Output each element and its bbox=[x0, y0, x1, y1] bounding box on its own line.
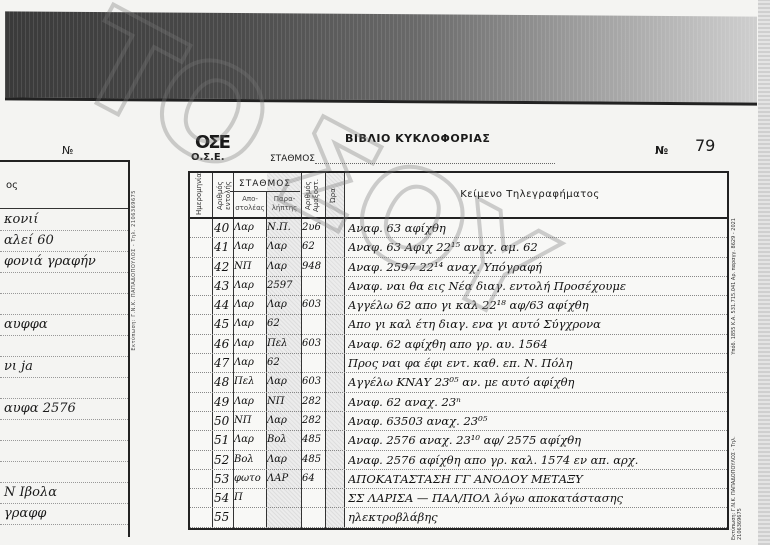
row-number: 55 bbox=[214, 508, 234, 526]
left-page-fragment: № ος κονιίαλεί 60φονιά γραφήναυφφανι jaα… bbox=[0, 120, 175, 540]
row-telegram-text: Αναφ. 63 Αφιχ 22¹⁵ αναχ. αμ. 62 bbox=[348, 238, 723, 256]
header-telegram-text: Κείμενο Τηλεγραφήματος bbox=[340, 189, 720, 200]
row-recipient: 62 bbox=[267, 315, 301, 333]
row-telegram-text: Αναφ. 2597 22¹⁴ αναχ. Υπόγραφή bbox=[348, 258, 723, 276]
row-recipient: Λαρ bbox=[267, 373, 301, 391]
header-to: Παρα-λήπτης bbox=[268, 195, 301, 213]
row-sender: φωτο bbox=[234, 470, 266, 488]
row-sender: Λαρ bbox=[234, 296, 266, 314]
row-train-number bbox=[302, 489, 326, 507]
row-sender: Λαρ bbox=[234, 335, 266, 353]
row-sender: Λαρ bbox=[234, 393, 266, 411]
table-row: 43Λαρ2597Αναφ. ναι θα εις Νέα διαγ. εντο… bbox=[190, 277, 727, 296]
header-station: ΣΤΑΘΜΟΣ bbox=[230, 179, 300, 189]
row-number: 53 bbox=[214, 470, 234, 488]
row-train-number bbox=[302, 315, 326, 333]
left-page-row bbox=[0, 378, 128, 399]
row-number: 51 bbox=[214, 431, 234, 449]
row-number: 48 bbox=[214, 373, 234, 391]
left-page-row: αυφα 2576 bbox=[0, 399, 128, 420]
row-number: 43 bbox=[214, 277, 234, 295]
row-telegram-text: Αγγέλω 62 απο γι καλ 22¹⁸ αφ/63 αφίχθη bbox=[348, 296, 723, 314]
row-recipient: Πελ bbox=[267, 335, 301, 353]
left-page-header: ος bbox=[6, 180, 18, 191]
left-page-table: ος κονιίαλεί 60φονιά γραφήναυφφανι jaαυφ… bbox=[0, 160, 130, 537]
row-number: 54 bbox=[214, 489, 234, 507]
side-print-printer: Εκτύπωση: Γ.Ν.Κ. ΠΑΠΑΔΟΠΟΥΛΟΣ - Τηλ. 210… bbox=[731, 418, 743, 540]
row-recipient: 2597 bbox=[267, 277, 301, 295]
row-telegram-text: Αγγέλω ΚΝΑΥ 23⁰⁵ αν. με αυτό αφίχθη bbox=[348, 373, 723, 391]
left-page-row bbox=[0, 420, 128, 441]
left-page-number-label: № bbox=[62, 144, 73, 157]
row-train-number bbox=[302, 277, 326, 295]
left-page-rows: κονιίαλεί 60φονιά γραφήναυφφανι jaαυφα 2… bbox=[0, 210, 128, 525]
row-telegram-text: Αναφ. 2576 αναχ. 23¹⁰ αφ/ 2575 αφίχθη bbox=[348, 431, 723, 449]
ose-logo: ΟΣΕ bbox=[195, 132, 229, 153]
row-recipient: Λαρ bbox=[267, 451, 301, 469]
header-from: Απο-στολέας bbox=[234, 195, 266, 213]
row-recipient: ΝΠ bbox=[267, 393, 301, 411]
row-train-number: 603 bbox=[302, 296, 326, 314]
row-train-number: 485 bbox=[302, 431, 326, 449]
table-row: 52ΒολΛαρ485Αναφ. 2576 αφίχθη απο γρ. καλ… bbox=[190, 451, 727, 470]
row-recipient: Λαρ bbox=[267, 258, 301, 276]
row-number: 45 bbox=[214, 315, 234, 333]
row-sender: ΝΠ bbox=[234, 412, 266, 430]
row-recipient: Λαρ bbox=[267, 296, 301, 314]
row-number: 50 bbox=[214, 412, 234, 430]
table-row: 54ΠΣΣ ΛΑΡΙΣΑ — ΠΑΛ/ΠΟΛ λόγω αποκατάσταση… bbox=[190, 489, 727, 508]
table-row: 53φωτοΛΑΡ64ΑΠΟΚΑΤΑΣΤΑΣΗ ΓΓ ΑΝΟΔΟΥ ΜΕΤΑΞΥ bbox=[190, 470, 727, 489]
left-page-row: αυφφα bbox=[0, 315, 128, 336]
row-train-number: 282 bbox=[302, 393, 326, 411]
table-row: 47Λαρ62Προς ναι φα έφι εντ. καθ. επ. Ν. … bbox=[190, 354, 727, 373]
row-recipient bbox=[267, 489, 301, 507]
left-page-row bbox=[0, 462, 128, 483]
row-train-number: 948 bbox=[302, 258, 326, 276]
row-train-number: 603 bbox=[302, 335, 326, 353]
table-row: 42ΝΠΛαρ948Αναφ. 2597 22¹⁴ αναχ. Υπόγραφή bbox=[190, 258, 727, 277]
table-row: 49ΛαρΝΠ282Αναφ. 62 αναχ. 23ⁿ bbox=[190, 393, 727, 412]
left-page-row: Ν Ιβολα bbox=[0, 483, 128, 504]
row-train-number: 64 bbox=[302, 470, 326, 488]
left-page-row: νι ja bbox=[0, 357, 128, 378]
row-telegram-text: Απο γι καλ έτη διαγ. ενα γι αυτό Σύγχρον… bbox=[348, 315, 723, 333]
row-train-number: 2υ6 bbox=[302, 219, 326, 237]
row-number: 41 bbox=[214, 238, 234, 256]
row-number: 46 bbox=[214, 335, 234, 353]
row-recipient: Λαρ bbox=[267, 238, 301, 256]
row-recipient: 62 bbox=[267, 354, 301, 372]
row-telegram-text: Αναφ. 63503 αναχ. 23⁰⁵ bbox=[348, 412, 723, 430]
row-telegram-text: Αναφ. 62 αναχ. 23ⁿ bbox=[348, 393, 723, 411]
row-sender: Λαρ bbox=[234, 277, 266, 295]
left-page-row: κονιί bbox=[0, 210, 128, 231]
row-sender: Λαρ bbox=[234, 219, 266, 237]
row-telegram-text: ΣΣ ΛΑΡΙΣΑ — ΠΑΛ/ΠΟΛ λόγω αποκατάστασης bbox=[348, 489, 723, 507]
page-number: 79 bbox=[695, 136, 715, 155]
scan-artifact-band bbox=[5, 11, 757, 105]
row-recipient: Ν.Π. bbox=[267, 219, 301, 237]
row-sender: Λαρ bbox=[234, 354, 266, 372]
row-telegram-text: Αναφ. ναι θα εις Νέα διαγ. εντολή Προσέχ… bbox=[348, 277, 723, 295]
station-field bbox=[315, 163, 555, 164]
row-sender: Λαρ bbox=[234, 315, 266, 333]
scan-edge bbox=[758, 0, 770, 545]
row-sender bbox=[234, 508, 266, 526]
row-recipient: Βολ bbox=[267, 431, 301, 449]
station-label: ΣΤΑΘΜΟΣ bbox=[270, 154, 315, 164]
side-print: Υπόδ. 1855 Κ.Α. 531.715.041 Αρ. παραγγ. … bbox=[731, 218, 737, 355]
left-page-row bbox=[0, 294, 128, 315]
left-page-row bbox=[0, 441, 128, 462]
number-label: № bbox=[655, 144, 668, 157]
row-sender: Λαρ bbox=[234, 431, 266, 449]
table-row: 40ΛαρΝ.Π.2υ6Αναφ. 63 αφίχθη bbox=[190, 219, 727, 238]
row-train-number: 485 bbox=[302, 451, 326, 469]
table-row: 48ΠελΛαρ603Αγγέλω ΚΝΑΥ 23⁰⁵ αν. με αυτό … bbox=[190, 373, 727, 392]
row-recipient bbox=[267, 508, 301, 526]
table-row: 44ΛαρΛαρ603Αγγέλω 62 απο γι καλ 22¹⁸ αφ/… bbox=[190, 296, 727, 315]
table-row: 51ΛαρΒολ485Αναφ. 2576 αναχ. 23¹⁰ αφ/ 257… bbox=[190, 431, 727, 450]
row-sender: ΝΠ bbox=[234, 258, 266, 276]
left-page-row bbox=[0, 336, 128, 357]
row-recipient: Λαρ bbox=[267, 412, 301, 430]
row-number: 52 bbox=[214, 451, 234, 469]
row-telegram-text: Αναφ. 63 αφίχθη bbox=[348, 219, 723, 237]
telegram-table: Ημερομηνία Αριθμός εντολής ΣΤΑΘΜΟΣ Απο-σ… bbox=[188, 171, 729, 530]
row-telegram-text: Αναφ. 62 αφίχθη απο γρ. αυ. 1564 bbox=[348, 335, 723, 353]
organization-name: Ο.Σ.Ε. bbox=[191, 152, 225, 163]
row-train-number: 282 bbox=[302, 412, 326, 430]
row-sender: Π bbox=[234, 489, 266, 507]
row-number: 49 bbox=[214, 393, 234, 411]
page-title: ΒΙΒΛΙΟ ΚΥΚΛΟΦΟΡΙΑΣ bbox=[345, 132, 490, 145]
row-sender: Λαρ bbox=[234, 238, 266, 256]
left-page-row: γραφφ bbox=[0, 504, 128, 525]
table-row: 50ΝΠΛαρ282Αναφ. 63503 αναχ. 23⁰⁵ bbox=[190, 412, 727, 431]
left-page-row bbox=[0, 273, 128, 294]
row-train-number: 603 bbox=[302, 373, 326, 391]
row-recipient: ΛΑΡ bbox=[267, 470, 301, 488]
header-train-number: Αριθμός Αμαξοστ. bbox=[304, 177, 322, 215]
row-number: 47 bbox=[214, 354, 234, 372]
traffic-log-form: ΟΣΕ Ο.Σ.Ε. ΒΙΒΛΙΟ ΚΥΚΛΟΦΟΡΙΑΣ ΣΤΑΘΜΟΣ № … bbox=[185, 128, 730, 540]
left-page-side-print: Εκτύπωση: Γ.Ν.Κ. ΠΑΠΑΔΟΠΟΥΛΟΣ - Τηλ. 210… bbox=[131, 190, 137, 351]
row-number: 44 bbox=[214, 296, 234, 314]
row-sender: Βολ bbox=[234, 451, 266, 469]
left-page-row: αλεί 60 bbox=[0, 231, 128, 252]
left-page-row: φονιά γραφήν bbox=[0, 252, 128, 273]
table-row: 41ΛαρΛαρ62Αναφ. 63 Αφιχ 22¹⁵ αναχ. αμ. 6… bbox=[190, 238, 727, 257]
row-telegram-text: ηλεκτροβλάβης bbox=[348, 508, 723, 526]
row-train-number bbox=[302, 508, 326, 526]
table-row: 46ΛαρΠελ603Αναφ. 62 αφίχθη απο γρ. αυ. 1… bbox=[190, 335, 727, 354]
row-number: 42 bbox=[214, 258, 234, 276]
row-number: 40 bbox=[214, 219, 234, 237]
row-telegram-text: ΑΠΟΚΑΤΑΣΤΑΣΗ ΓΓ ΑΝΟΔΟΥ ΜΕΤΑΞΥ bbox=[348, 470, 723, 488]
row-train-number: 62 bbox=[302, 238, 326, 256]
table-row: 45Λαρ62Απο γι καλ έτη διαγ. ενα γι αυτό … bbox=[190, 315, 727, 334]
row-telegram-text: Αναφ. 2576 αφίχθη απο γρ. καλ. 1574 εν α… bbox=[348, 451, 723, 469]
row-train-number bbox=[302, 354, 326, 372]
telegram-rows: 40ΛαρΝ.Π.2υ6Αναφ. 63 αφίχθη41ΛαρΛαρ62Ανα… bbox=[190, 219, 727, 528]
row-sender: Πελ bbox=[234, 373, 266, 391]
header-day: Ημερομηνία bbox=[195, 177, 207, 215]
row-telegram-text: Προς ναι φα έφι εντ. καθ. επ. Ν. Πόλη bbox=[348, 354, 723, 372]
table-row: 55ηλεκτροβλάβης bbox=[190, 508, 727, 527]
